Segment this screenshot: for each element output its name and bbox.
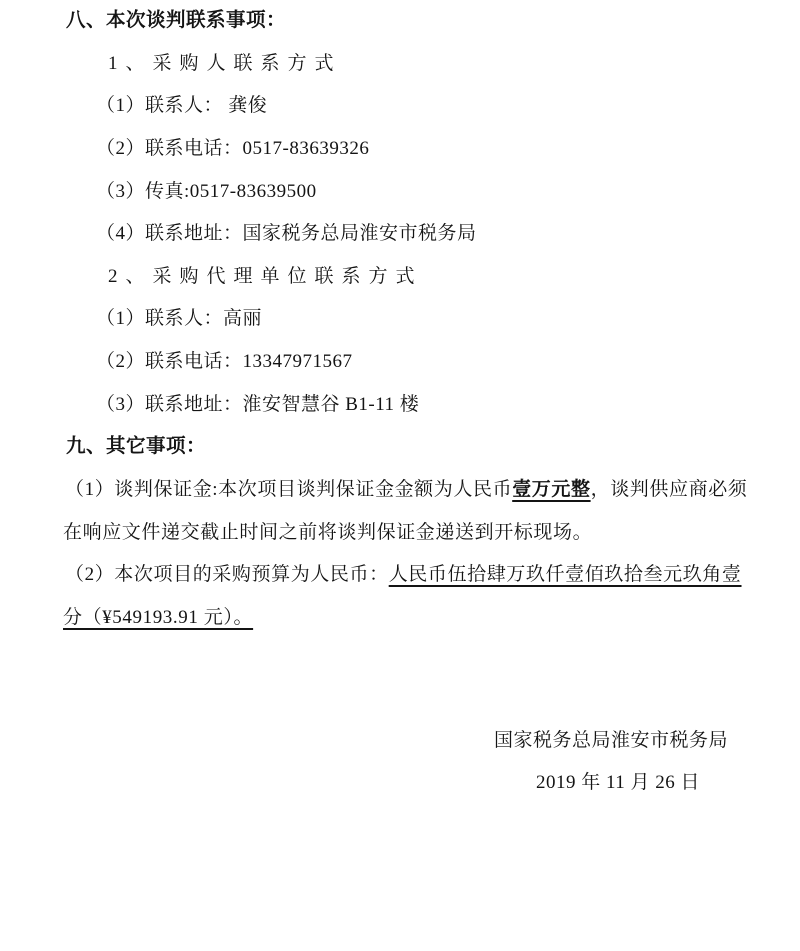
deposit-clause-line-2: 在响应文件递交截止时间之前将谈判保证金递送到开标现场。 bbox=[0, 512, 800, 555]
purchaser-contact-phone: （2）联系电话：0517-83639326 bbox=[0, 128, 800, 171]
budget-amount-words: 人民币伍拾肆万玖仟壹佰玖拾叁元玖角壹 bbox=[389, 564, 742, 585]
signature-gap bbox=[0, 640, 800, 720]
budget-clause-line-1: （2）本次项目的采购预算为人民币：人民币伍拾肆万玖仟壹佰玖拾叁元玖角壹 bbox=[0, 554, 800, 597]
deposit-amount-emphasis: 壹万元整 bbox=[512, 479, 590, 500]
signature-org: 国家税务总局淮安市税务局 bbox=[0, 720, 800, 763]
section-8-heading: 八、本次谈判联系事项： bbox=[0, 0, 800, 43]
deposit-clause-suffix: ，谈判供应商必须 bbox=[591, 479, 748, 500]
agency-contact-title: 2、采购代理单位联系方式 bbox=[0, 256, 800, 299]
budget-clause-prefix: （2）本次项目的采购预算为人民币： bbox=[65, 564, 389, 585]
purchaser-contact-title: 1、采购人联系方式 bbox=[0, 43, 800, 86]
agency-contact-address: （3）联系地址：淮安智慧谷 B1-11 楼 bbox=[0, 384, 800, 427]
budget-clause-line-2: 分（¥549193.91 元）。 bbox=[0, 597, 800, 640]
budget-amount-figures: 分（¥549193.91 元）。 bbox=[63, 607, 253, 628]
signature-date: 2019 年 11 月 26 日 bbox=[0, 762, 800, 805]
purchaser-contact-address: （4）联系地址：国家税务总局淮安市税务局 bbox=[0, 213, 800, 256]
purchaser-contact-person: （1）联系人： 龚俊 bbox=[0, 85, 800, 128]
agency-contact-phone: （2）联系电话：13347971567 bbox=[0, 341, 800, 384]
agency-contact-person: （1）联系人：高丽 bbox=[0, 298, 800, 341]
deposit-clause-line-1: （1）谈判保证金:本次项目谈判保证金金额为人民币壹万元整，谈判供应商必须 bbox=[0, 469, 800, 512]
document-page: 八、本次谈判联系事项： 1、采购人联系方式 （1）联系人： 龚俊 （2）联系电话… bbox=[0, 0, 800, 951]
deposit-clause-prefix: （1）谈判保证金:本次项目谈判保证金金额为人民币 bbox=[65, 479, 512, 500]
purchaser-contact-fax: （3）传真:0517-83639500 bbox=[0, 171, 800, 214]
section-9-heading: 九、其它事项： bbox=[0, 426, 800, 469]
